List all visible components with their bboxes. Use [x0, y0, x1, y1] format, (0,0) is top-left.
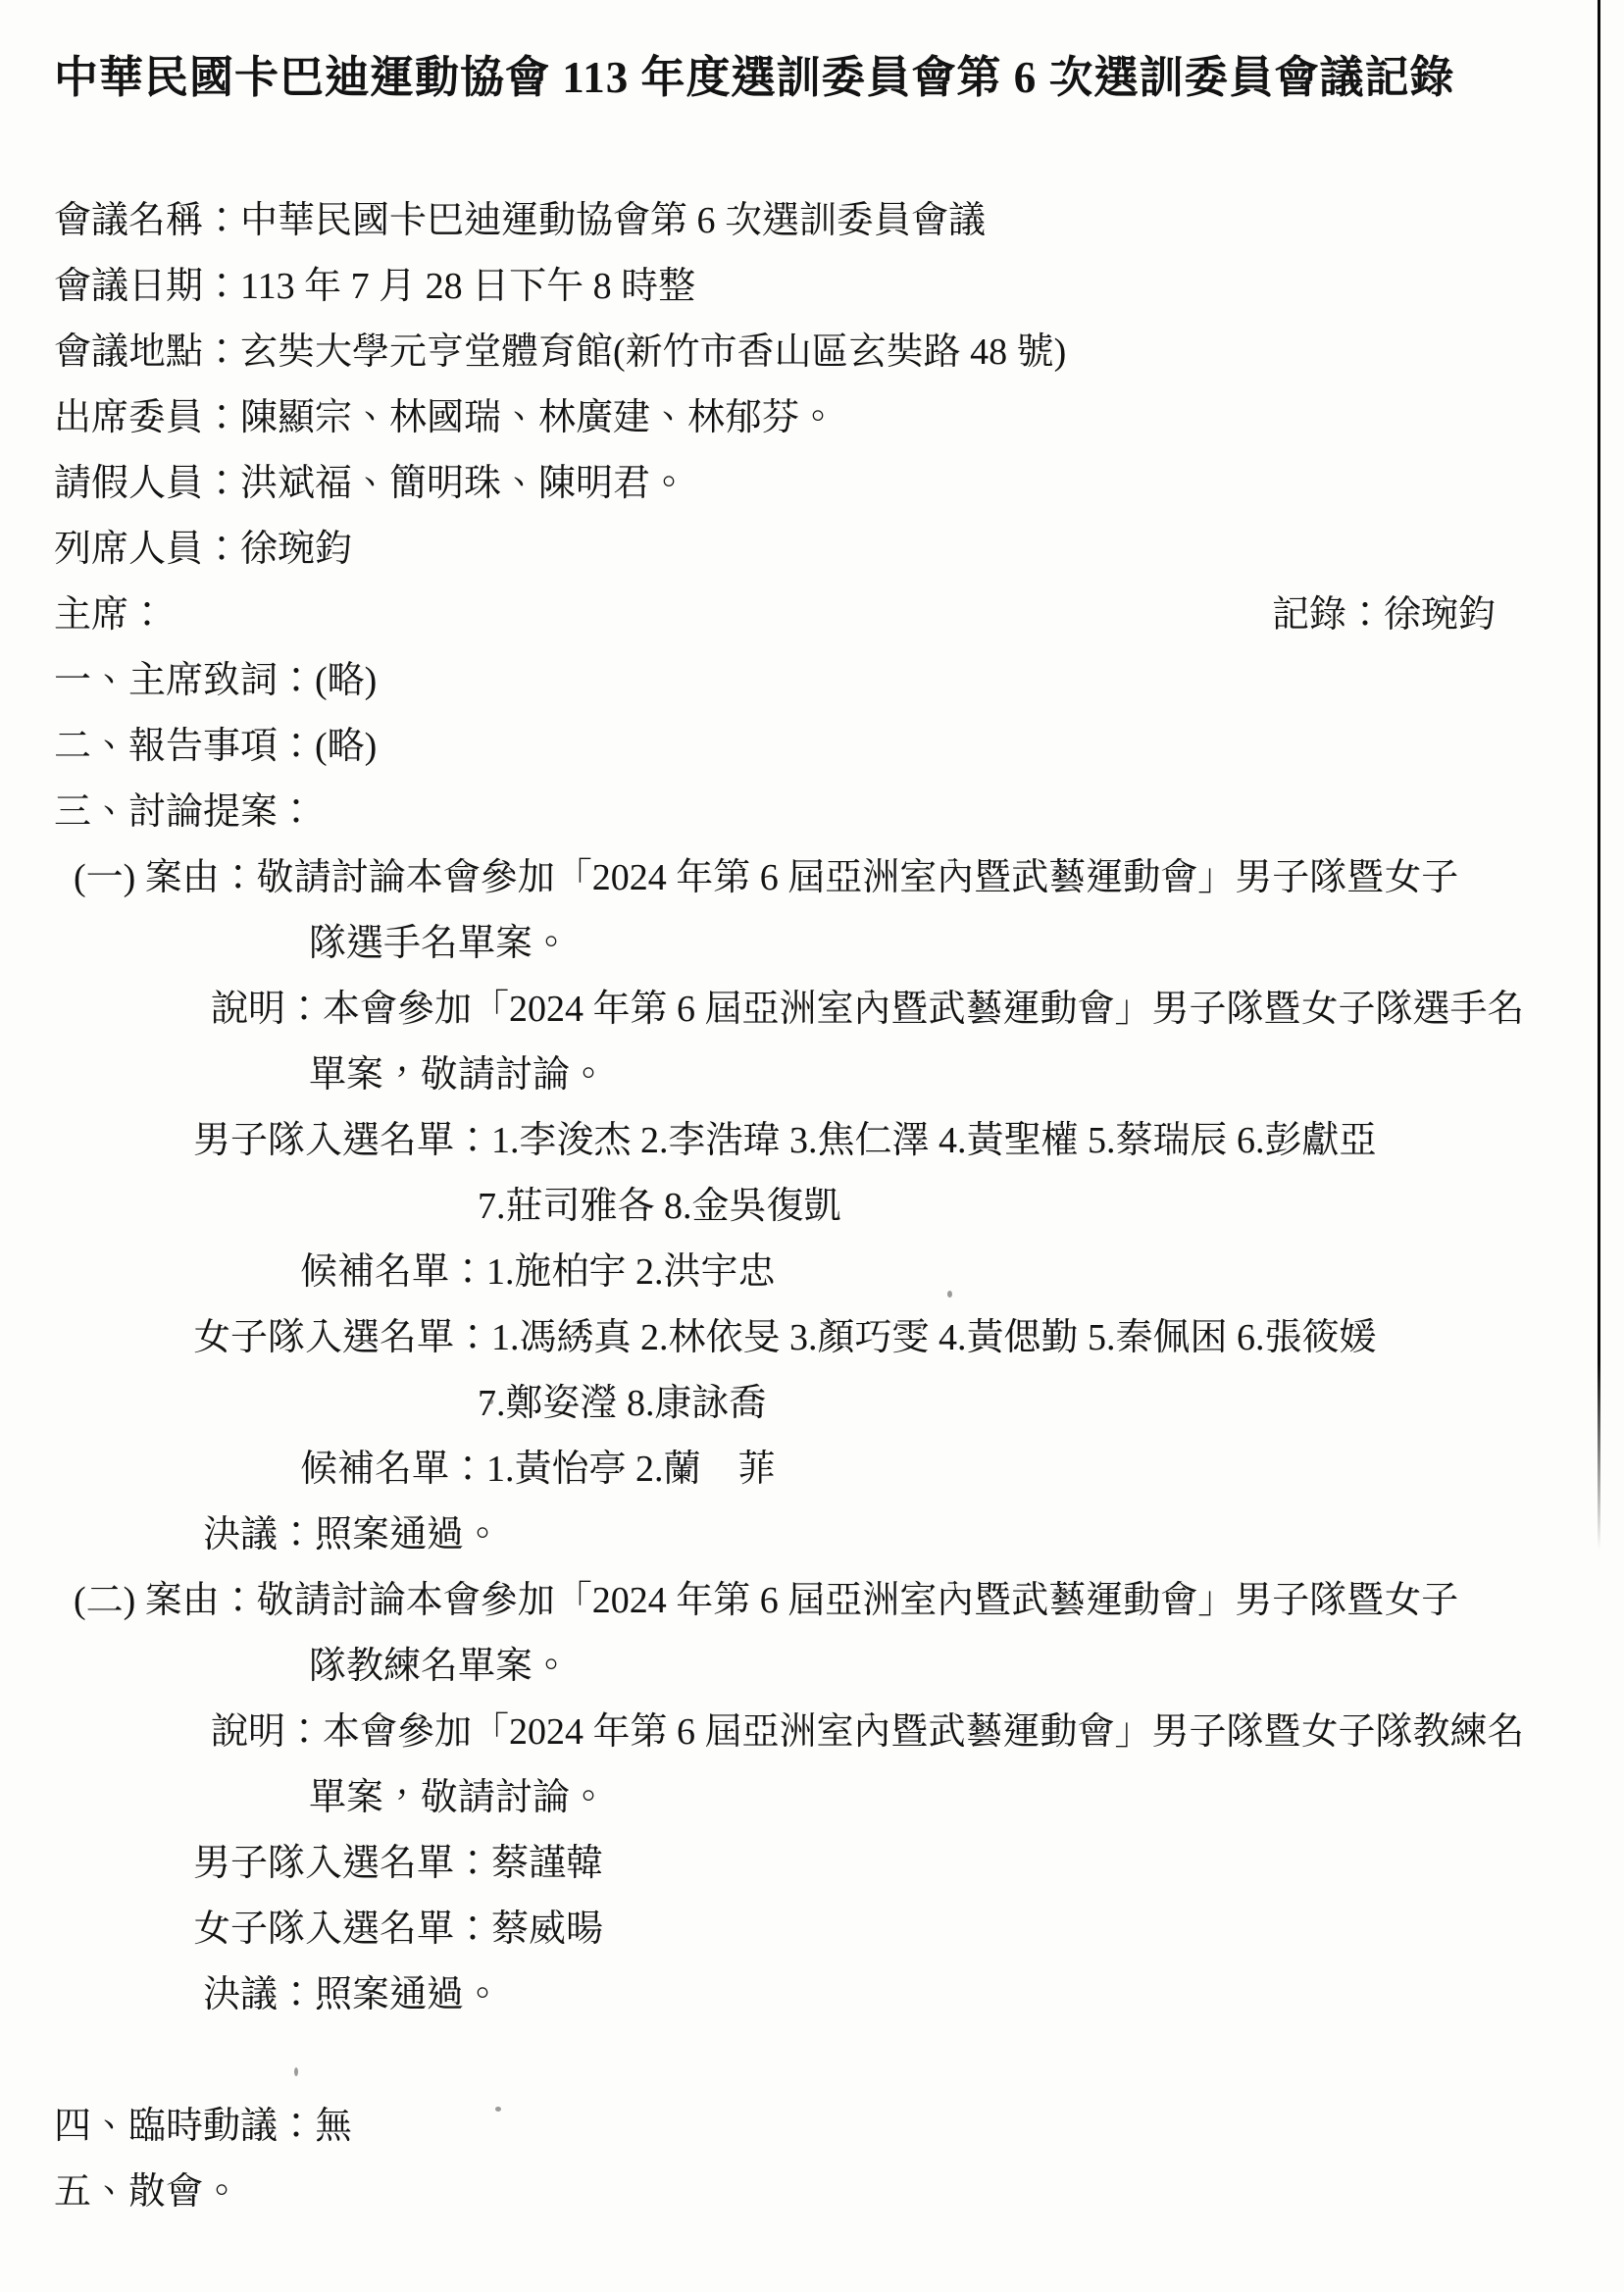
attending-members-line: 出席委員：陳顯宗、林國瑞、林廣建、林郁芬。 [0, 385, 1624, 451]
agenda-item-1: 一、主席致詞：(略) [0, 648, 1624, 714]
proposal1-case-line1: (一) 案由：敬請討論本會參加「2024 年第 6 屆亞洲室內暨武藝運動會」男子… [0, 845, 1624, 911]
proposal1-case-line2: 隊選手名單案。 [0, 911, 1624, 977]
proposal1-women-roster-line1: 女子隊入選名單：1.馮綉真 2.林依旻 3.顏巧雯 4.黃偲勤 5.秦佩困 6.… [0, 1305, 1624, 1371]
agenda-item-3: 三、討論提案： [0, 780, 1624, 845]
closing-item-4: 四、臨時動議：無 [0, 2094, 1624, 2160]
proposal2-case-line2: 隊教練名單案。 [0, 1634, 1624, 1700]
proposal2-women-coach-line: 女子隊入選名單：蔡威暘 [0, 1897, 1624, 1962]
scan-speck [947, 1291, 952, 1298]
recorder-label: 記錄：徐琬鈞 [1272, 583, 1496, 648]
proposal1-resolution-line: 決議：照案通過。 [0, 1503, 1624, 1568]
chair-recorder-line: 主席： 記錄：徐琬鈞 [0, 583, 1624, 648]
proposal2-men-coach-line: 男子隊入選名單：蔡謹韓 [0, 1831, 1624, 1897]
proposal1-men-reserve-line: 候補名單：1.施柏宇 2.洪宇忠 [0, 1240, 1624, 1305]
scan-edge-artifact [1598, 0, 1600, 1550]
chair-label: 主席： [54, 583, 166, 648]
scan-speck [294, 2067, 298, 2076]
proposal2-description-line2: 單案，敬請討論。 [0, 1765, 1624, 1831]
document-title: 中華民國卡巴迪運動協會 113 年度選訓委員會第 6 次選訓委員會議記錄 [0, 0, 1624, 112]
proposal1-men-roster-line2: 7.莊司雅各 8.金吳復凱 [0, 1174, 1624, 1240]
proposal2-case-line1: (二) 案由：敬請討論本會參加「2024 年第 6 屆亞洲室內暨武藝運動會」男子… [0, 1568, 1624, 1634]
proposal2-description-line1: 說明：本會參加「2024 年第 6 屆亞洲室內暨武藝運動會」男子隊暨女子隊教練名 [0, 1700, 1624, 1765]
proposal1-description-line2: 單案，敬請討論。 [0, 1043, 1624, 1108]
proposal1-women-reserve-line: 候補名單：1.黃怡亭 2.蘭 菲 [0, 1437, 1624, 1503]
closing-item-5: 五、散會。 [0, 2160, 1624, 2225]
proposal1-men-roster-line1: 男子隊入選名單：1.李浚杰 2.李浩瑋 3.焦仁澤 4.黃聖權 5.蔡瑞辰 6.… [0, 1108, 1624, 1174]
scan-speck [495, 2107, 501, 2112]
meeting-date-line: 會議日期：113 年 7 月 28 日下午 8 時整 [0, 254, 1624, 320]
absent-members-line: 請假人員：洪斌福、簡明珠、陳明君。 [0, 451, 1624, 517]
meeting-place-line: 會議地點：玄奘大學元亨堂體育館(新竹市香山區玄奘路 48 號) [0, 320, 1624, 385]
proposal1-description-line1: 說明：本會參加「2024 年第 6 屆亞洲室內暨武藝運動會」男子隊暨女子隊選手名 [0, 977, 1624, 1043]
agenda-item-2: 二、報告事項：(略) [0, 714, 1624, 780]
scan-speck [487, 1399, 493, 1404]
proposal1-women-roster-line2: 7.鄭姿瀅 8.康詠喬 [0, 1371, 1624, 1437]
document-page: 中華民國卡巴迪運動協會 113 年度選訓委員會第 6 次選訓委員會議記錄 會議名… [0, 0, 1624, 2292]
observers-line: 列席人員：徐琬鈞 [0, 517, 1624, 583]
meeting-name-line: 會議名稱：中華民國卡巴迪運動協會第 6 次選訓委員會議 [0, 188, 1624, 254]
proposal2-resolution-line: 決議：照案通過。 [0, 1962, 1624, 2028]
blank-line-spacer [0, 2028, 1624, 2094]
